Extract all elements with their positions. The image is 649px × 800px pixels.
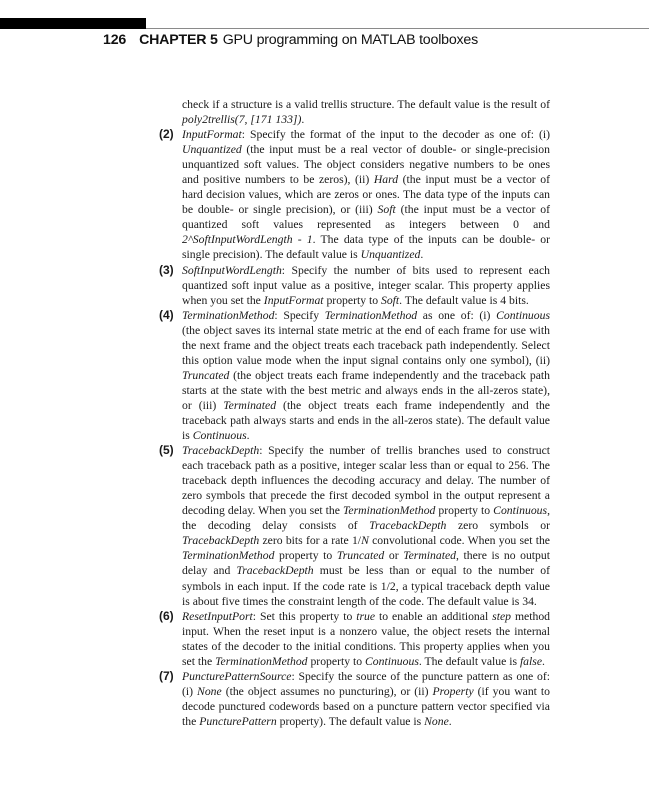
list-item-text: (the object saves its internal state met… <box>182 324 550 367</box>
italic-term: None <box>197 685 222 698</box>
italic-term: N <box>361 534 369 547</box>
list-item-text: property to <box>324 294 381 307</box>
list-item-text: . The default value is <box>419 655 520 668</box>
list-item-text: . <box>449 715 452 728</box>
italic-term: PuncturePatternSource <box>182 670 291 683</box>
list-item-number: (4) <box>159 308 174 323</box>
continuation-text: check if a structure is a valid trellis … <box>182 98 550 111</box>
italic-term: InputFormat <box>182 128 242 141</box>
italic-term: false <box>520 655 542 668</box>
list-item: (5)TracebackDepth: Specify the number of… <box>182 443 550 609</box>
italic-term: None <box>424 715 449 728</box>
italic-term: SoftInputWordLength <box>182 264 282 277</box>
italic-term: TerminationMethod <box>343 504 435 517</box>
continuation-text-end: . <box>301 113 304 126</box>
italic-term: Soft <box>378 203 396 216</box>
list-item-text: : Set this property to <box>253 610 356 623</box>
list-item-text: property to <box>274 549 336 562</box>
list-item-text: to enable an additional <box>375 610 492 623</box>
list-item: (3)SoftInputWordLength: Specify the numb… <box>182 263 550 308</box>
italic-term: Terminated <box>403 549 456 562</box>
body-text: check if a structure is a valid trellis … <box>182 97 550 729</box>
list-item-number: (3) <box>159 263 174 278</box>
list-item-text: property to <box>435 504 493 517</box>
property-list: (2)InputFormat: Specify the format of th… <box>182 127 550 729</box>
header-rule <box>146 28 649 29</box>
italic-term: Continuous <box>365 655 419 668</box>
italic-term: Soft <box>381 294 399 307</box>
italic-term: TerminationMethod <box>215 655 307 668</box>
italic-term: TerminationMethod <box>325 309 417 322</box>
list-item-text: . <box>247 429 250 442</box>
chapter-label: CHAPTER 5 <box>139 32 218 48</box>
list-item-text: zero bits for a rate 1/ <box>259 534 361 547</box>
italic-term: TracebackDepth <box>236 564 313 577</box>
italic-term: Continuous <box>193 429 247 442</box>
list-item-number: (7) <box>159 669 174 684</box>
italic-term: TracebackDepth <box>182 534 259 547</box>
italic-term: PuncturePattern <box>199 715 276 728</box>
italic-term: Unquantized <box>182 143 242 156</box>
italic-term: InputFormat <box>264 294 324 307</box>
running-head: 126CHAPTER 5GPU programming on MATLAB to… <box>103 32 478 48</box>
italic-term: Hard <box>374 173 398 186</box>
italic-term: TerminationMethod <box>182 549 274 562</box>
list-item-text: . <box>542 655 545 668</box>
italic-term: Truncated <box>337 549 384 562</box>
list-item-text: zero symbols or <box>446 519 550 532</box>
italic-term: Unquantized <box>361 248 421 261</box>
list-item-text: property). The default value is <box>277 715 424 728</box>
list-item: (4)TerminationMethod: Specify Terminatio… <box>182 308 550 443</box>
italic-term: TerminationMethod <box>182 309 274 322</box>
italic-term: Continuous <box>496 309 550 322</box>
italic-term: TracebackDepth <box>369 519 446 532</box>
list-item-text: convolutional code. When you set the <box>369 534 550 547</box>
list-item-text: . <box>420 248 423 261</box>
chapter-title: GPU programming on MATLAB toolboxes <box>223 32 478 48</box>
list-item-number: (6) <box>159 609 174 624</box>
list-item: (6)ResetInputPort: Set this property to … <box>182 609 550 669</box>
list-item-text: . The default value is 4 bits. <box>399 294 529 307</box>
italic-term: true <box>356 610 375 623</box>
list-item-number: (5) <box>159 443 174 458</box>
list-item: (2)InputFormat: Specify the format of th… <box>182 127 550 262</box>
list-item-text: or <box>384 549 403 562</box>
italic-term: Truncated <box>182 369 229 382</box>
list-item-text: : Specify <box>274 309 324 322</box>
inline-code: poly2trellis(7, [171 133]) <box>182 113 301 126</box>
italic-term: Property <box>433 685 474 698</box>
italic-term: 2^SoftInputWordLength - 1 <box>182 233 313 246</box>
list-item-text: : Specify the format of the input to the… <box>242 128 550 141</box>
list-item-text: as one of: (i) <box>417 309 496 322</box>
italic-term: TracebackDepth <box>182 444 259 457</box>
italic-term: step <box>492 610 511 623</box>
italic-term: Continuous <box>493 504 547 517</box>
header-black-bar <box>0 18 146 29</box>
italic-term: ResetInputPort <box>182 610 253 623</box>
list-item-number: (2) <box>159 127 174 142</box>
list-item-text: property to <box>308 655 365 668</box>
page-number: 126 <box>103 32 126 48</box>
list-item: (7)PuncturePatternSource: Specify the so… <box>182 669 550 729</box>
continuation-paragraph: check if a structure is a valid trellis … <box>182 97 550 127</box>
italic-term: Terminated <box>223 399 276 412</box>
list-item-text: (the object assumes no puncturing), or (… <box>222 685 433 698</box>
